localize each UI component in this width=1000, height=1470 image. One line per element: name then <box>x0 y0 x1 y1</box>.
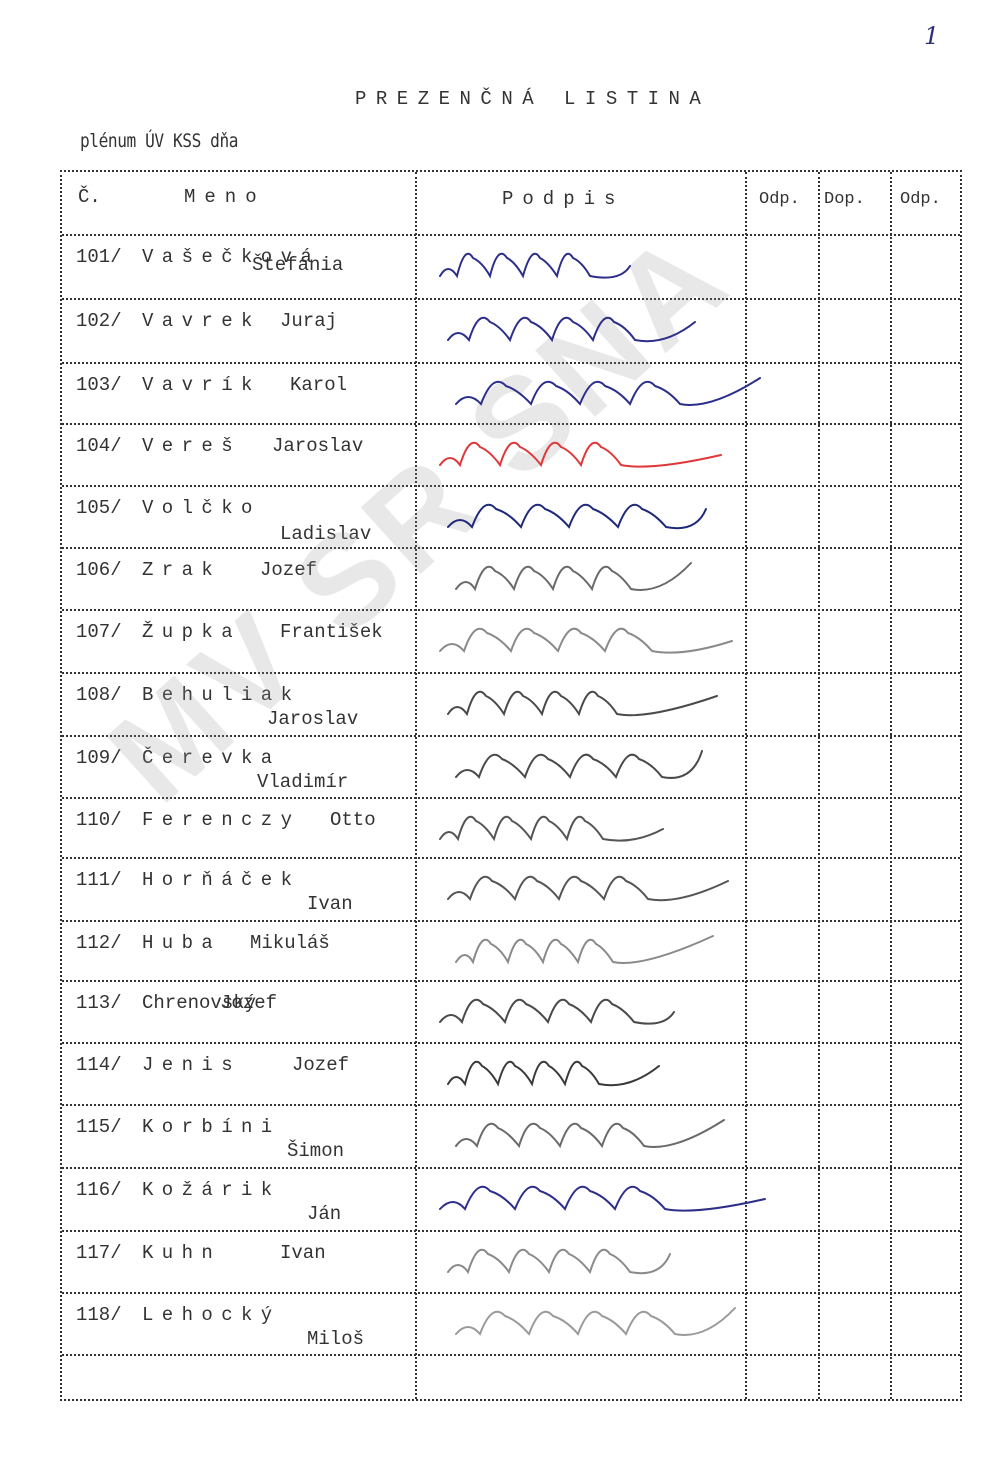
table-row: 112/HubaMikuláš <box>62 932 412 982</box>
member-surname: Župka <box>142 621 241 643</box>
column-divider <box>890 172 892 1399</box>
member-surname: Zrak <box>142 559 221 581</box>
row-number: 114/ <box>76 1054 122 1076</box>
row-number: 118/ <box>76 1304 122 1326</box>
member-surname: Jenis <box>142 1054 241 1076</box>
row-divider <box>62 1167 960 1169</box>
row-divider <box>62 234 960 236</box>
table-row: 101/VašečkováŠtefánia <box>62 246 412 296</box>
header-number: Č. <box>78 186 101 208</box>
row-divider <box>62 920 960 922</box>
member-given-name: Vladimír <box>257 771 348 793</box>
member-surname: Horňáček <box>142 869 300 891</box>
member-surname: Kuhn <box>142 1242 221 1264</box>
header-odp: Odp. <box>759 190 800 209</box>
row-divider <box>62 1354 960 1356</box>
row-divider <box>62 485 960 487</box>
member-given-name: Miloš <box>307 1328 364 1350</box>
member-given-name: Jozef <box>292 1054 349 1076</box>
member-given-name: Jaroslav <box>272 435 363 457</box>
table-row: 114/JenisJozef <box>62 1054 412 1104</box>
member-surname: Vereš <box>142 435 241 457</box>
table-row: 108/BehuliakJaroslav <box>62 684 412 734</box>
row-divider <box>62 735 960 737</box>
row-number: 115/ <box>76 1116 122 1138</box>
table-row: 113/ChrenovskýJozef <box>62 992 412 1042</box>
row-divider <box>62 1042 960 1044</box>
row-number: 104/ <box>76 435 122 457</box>
table-row: 102/VavrekJuraj <box>62 310 412 360</box>
row-number: 102/ <box>76 310 122 332</box>
row-number: 109/ <box>76 747 122 769</box>
column-divider <box>415 172 417 1399</box>
member-given-name: Karol <box>290 374 347 396</box>
header-signature: Podpis <box>502 188 624 210</box>
row-number: 108/ <box>76 684 122 706</box>
row-number: 110/ <box>76 809 122 831</box>
member-surname: Ferenczy <box>142 809 300 831</box>
row-divider <box>62 1292 960 1294</box>
table-row: 116/KožárikJán <box>62 1179 412 1229</box>
row-number: 111/ <box>76 869 122 891</box>
row-number: 116/ <box>76 1179 122 1201</box>
member-given-name: Ján <box>307 1203 341 1225</box>
row-divider <box>62 797 960 799</box>
member-given-name: František <box>280 621 383 643</box>
member-given-name: Ladislav <box>280 523 371 545</box>
row-number: 105/ <box>76 497 122 519</box>
member-given-name: Ivan <box>307 893 353 915</box>
member-given-name: Ivan <box>280 1242 326 1264</box>
row-number: 117/ <box>76 1242 122 1264</box>
page-number: 1 <box>924 22 939 50</box>
document-title: PREZENČNÁ LISTINA <box>355 88 710 110</box>
member-given-name: Juraj <box>280 310 337 332</box>
member-given-name: Jaroslav <box>267 708 358 730</box>
column-divider <box>818 172 820 1399</box>
column-divider <box>745 172 747 1399</box>
table-row: 115/KorbíniŠimon <box>62 1116 412 1166</box>
row-number: 103/ <box>76 374 122 396</box>
member-given-name: Šimon <box>287 1140 344 1162</box>
header-odp-2: Odp. <box>900 190 941 209</box>
table-row: 107/ŽupkaFrantišek <box>62 621 412 671</box>
member-given-name: Otto <box>330 809 376 831</box>
table-row: 109/ČerevkaVladimír <box>62 747 412 797</box>
table-row: 104/VerešJaroslav <box>62 435 412 485</box>
row-divider <box>62 362 960 364</box>
table-row: 106/ZrakJozef <box>62 559 412 609</box>
row-divider <box>62 672 960 674</box>
table-row: 117/KuhnIvan <box>62 1242 412 1292</box>
row-number: 107/ <box>76 621 122 643</box>
member-given-name: Jozef <box>260 559 317 581</box>
member-surname: Vavrek <box>142 310 261 332</box>
member-surname: Kožárik <box>142 1179 281 1201</box>
member-given-name: Mikuláš <box>250 932 330 954</box>
document-subtitle: plénum ÚV KSS dňa <box>80 130 238 152</box>
member-surname: Korbíni <box>142 1116 281 1138</box>
row-divider <box>62 298 960 300</box>
member-surname: Huba <box>142 932 221 954</box>
header-name: Meno <box>184 186 266 208</box>
member-given-name: Štefánia <box>252 254 343 276</box>
header-dop: Dop. <box>824 190 865 209</box>
row-number: 112/ <box>76 932 122 954</box>
table-row: 110/FerenczyOtto <box>62 809 412 859</box>
row-number: 113/ <box>76 992 122 1014</box>
member-surname: Volčko <box>142 497 261 519</box>
member-surname: Vavrík <box>142 374 261 396</box>
row-divider <box>62 609 960 611</box>
row-divider <box>62 1230 960 1232</box>
member-surname: Lehocký <box>142 1304 281 1326</box>
row-divider <box>62 1104 960 1106</box>
member-surname: Čerevka <box>142 747 281 769</box>
row-number: 101/ <box>76 246 122 268</box>
table-row: 103/VavríkKarol <box>62 374 412 424</box>
row-number: 106/ <box>76 559 122 581</box>
table-row: 105/VolčkoLadislav <box>62 497 412 547</box>
table-row: 118/LehockýMiloš <box>62 1304 412 1354</box>
row-divider <box>62 547 960 549</box>
member-given-name: Jozef <box>220 992 277 1014</box>
table-row: 111/HorňáčekIvan <box>62 869 412 919</box>
member-surname: Behuliak <box>142 684 300 706</box>
attendance-table: Č. Meno Podpis Odp. Dop. Odp. 101/Vašečk… <box>60 170 962 1401</box>
